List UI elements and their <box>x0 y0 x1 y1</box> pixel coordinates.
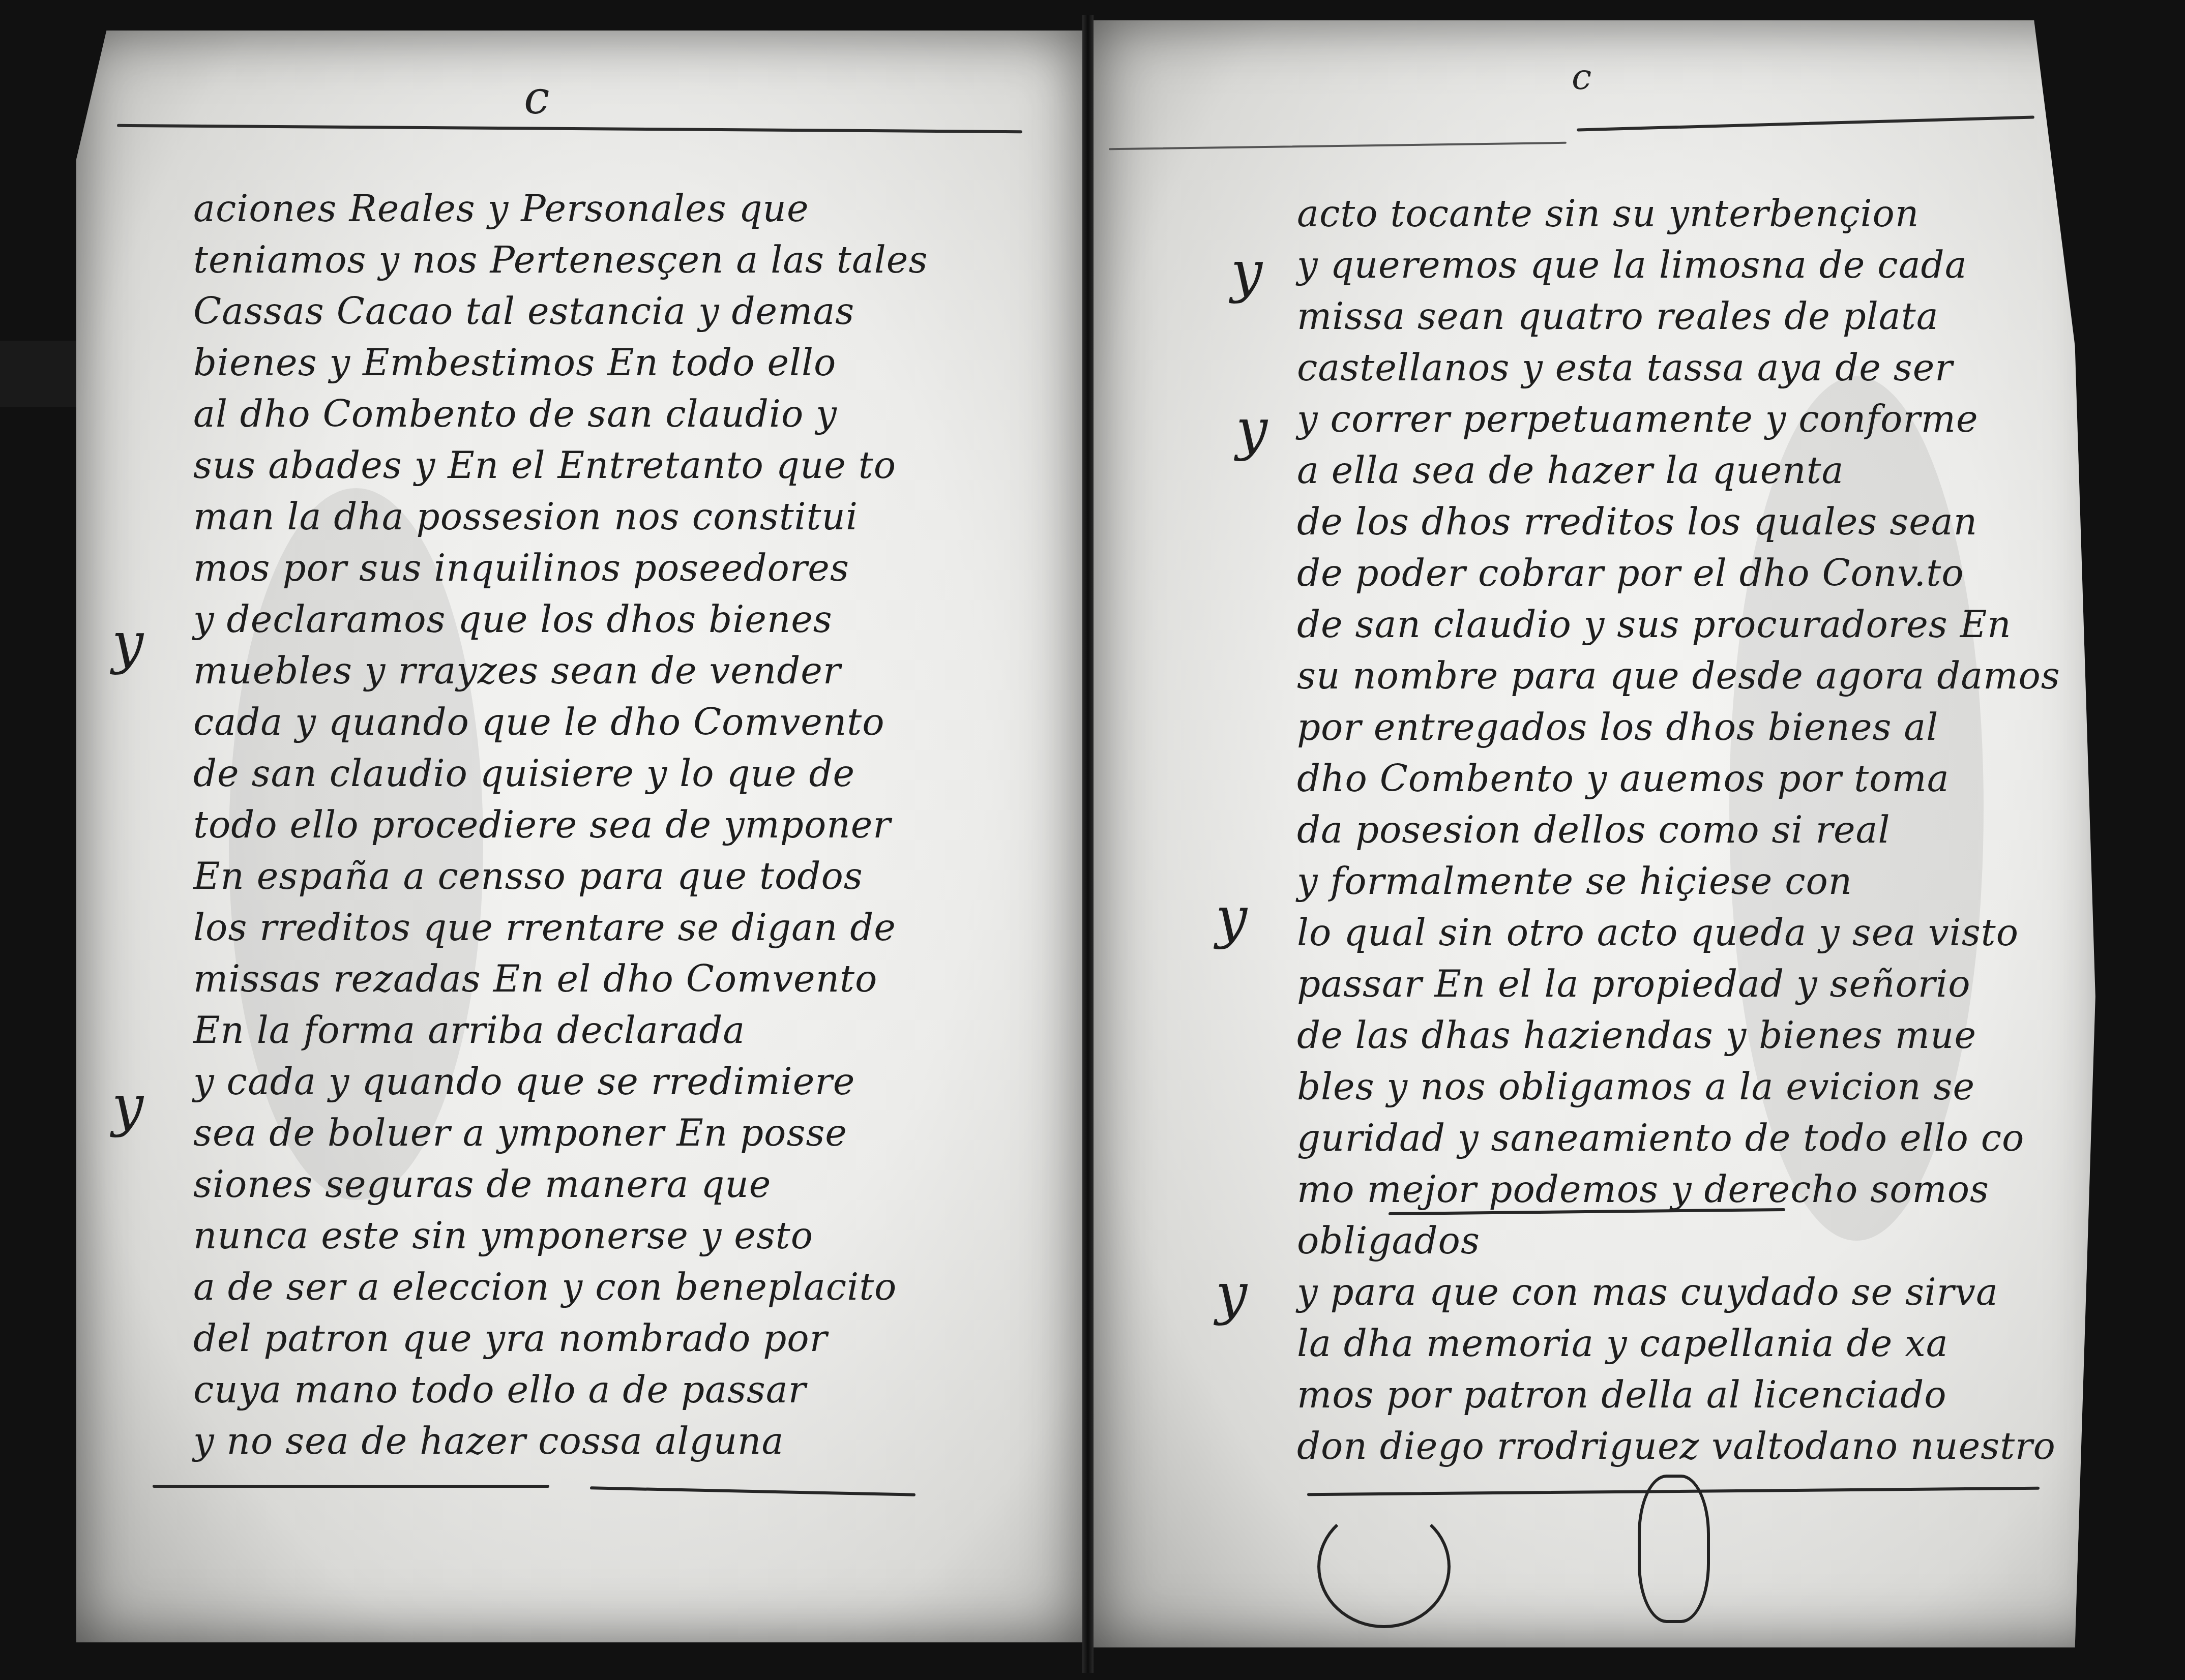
text-line: Cassas Cacao tal estancia y demas <box>193 286 928 337</box>
text-line: al dho Combento de san claudio y <box>193 388 928 440</box>
text-line: acto tocante sin su ynterbençion <box>1297 188 2060 239</box>
text-line: los rreditos que rrentare se digan de <box>193 902 928 953</box>
left-page: c y y aciones Reales y Personales que te… <box>76 31 1083 1642</box>
text-line: de las dhas haziendas y bienes mue <box>1297 1010 2060 1061</box>
text-line: por entregados los dhos bienes al <box>1297 702 2060 753</box>
right-header-rule <box>1577 115 2034 131</box>
text-line: muebles y rrayzes sean de vender <box>193 645 928 697</box>
text-line: y formalmente se hiçiese con <box>1297 856 2060 907</box>
text-line: missas rezadas En el dho Comvento <box>193 953 928 1005</box>
left-closing-rule-2 <box>590 1486 916 1496</box>
text-line: a de ser a eleccion y con beneplacito <box>193 1262 928 1313</box>
text-line: nunca este sin ymponerse y esto <box>193 1210 928 1262</box>
text-line: lo qual sin otro acto queda y sea visto <box>1297 907 2060 958</box>
right-page-header-mark: c <box>1572 56 1591 98</box>
right-page: c y y y y acto tocante sin su ynterbençi… <box>1094 20 2116 1647</box>
text-line: cuya mano todo ello a de passar <box>193 1364 928 1416</box>
text-line: todo ello procediere sea de ymponer <box>193 799 928 851</box>
text-line: de san claudio quisiere y lo que de <box>193 748 928 799</box>
manuscript-spread: c y y aciones Reales y Personales que te… <box>0 0 2185 1680</box>
text-line: don diego rrodriguez valtodano nuestro <box>1297 1421 2060 1472</box>
text-line: bienes y Embestimos En todo ello <box>193 337 928 388</box>
left-closing-rule-1 <box>153 1485 549 1488</box>
book-gutter <box>1082 15 1094 1673</box>
text-line: dho Combento y auemos por toma <box>1297 753 2060 804</box>
text-line: mos por sus inquilinos poseedores <box>193 543 928 594</box>
right-marginal-mark-4: y <box>1216 1261 1247 1326</box>
text-line: sea de boluer a ymponer En posse <box>193 1107 928 1159</box>
text-line: En la forma arriba declarada <box>193 1005 928 1056</box>
text-line: En españa a censso para que todos <box>193 851 928 902</box>
text-line: de poder cobrar por el dho Conv.to <box>1297 548 2060 599</box>
left-page-text: aciones Reales y Personales que teniamos… <box>193 183 928 1467</box>
text-line: mo mejor podemos y derecho somos <box>1297 1164 2060 1215</box>
text-line: guridad y saneamiento de todo ello co <box>1297 1113 2060 1164</box>
text-line: de san claudio y sus procuradores En <box>1297 599 2060 650</box>
notarial-rubric-flourish-center <box>1638 1475 1710 1623</box>
right-page-text: acto tocante sin su ynterbençion y quere… <box>1297 188 2060 1472</box>
text-line: y correr perpetuamente y conforme <box>1297 394 2060 445</box>
text-line: da posesion dellos como si real <box>1297 804 2060 856</box>
left-page-header-mark: c <box>524 71 549 125</box>
text-line: del patron que yra nombrado por <box>193 1313 928 1364</box>
text-line: y para que con mas cuydado se sirva <box>1297 1267 2060 1318</box>
text-line: obligados <box>1297 1215 2060 1267</box>
text-line: y declaramos que los dhos bienes <box>193 594 928 645</box>
text-line: a ella sea de hazer la quenta <box>1297 445 2060 496</box>
right-marginal-mark-3: y <box>1216 885 1247 950</box>
text-line: de los dhos rreditos los quales sean <box>1297 496 2060 548</box>
text-line: siones seguras de manera que <box>193 1159 928 1210</box>
text-line: mos por patron della al licenciado <box>1297 1369 2060 1421</box>
text-line: y no sea de hazer cossa alguna <box>193 1416 928 1467</box>
left-header-rule <box>117 124 1022 133</box>
notarial-rubric-flourish-left <box>1317 1505 1451 1628</box>
text-line: cada y quando que le dho Comvento <box>193 697 928 748</box>
text-line: sus abades y En el Entretanto que to <box>193 440 928 491</box>
text-line: passar En el la propiedad y señorio <box>1297 958 2060 1010</box>
left-marginal-mark-1: y <box>112 610 143 675</box>
right-header-rule-faint <box>1109 142 1567 151</box>
left-marginal-mark-2: y <box>112 1073 143 1138</box>
right-marginal-mark-1: y <box>1231 239 1262 304</box>
text-line: su nombre para que desde agora damos <box>1297 650 2060 702</box>
text-line: man la dha possesion nos constitui <box>193 491 928 543</box>
text-line: la dha memoria y capellania de xa <box>1297 1318 2060 1369</box>
text-line: bles y nos obligamos a la evicion se <box>1297 1061 2060 1113</box>
text-line: aciones Reales y Personales que <box>193 183 928 234</box>
text-line: teniamos y nos Pertenesçen a las tales <box>193 234 928 286</box>
text-line: castellanos y esta tassa aya de ser <box>1297 342 2060 394</box>
text-line: y queremos que la limosna de cada <box>1297 239 2060 291</box>
text-line: y cada y quando que se rredimiere <box>193 1056 928 1107</box>
right-marginal-mark-2: y <box>1236 397 1267 462</box>
text-line: missa sean quatro reales de plata <box>1297 291 2060 342</box>
